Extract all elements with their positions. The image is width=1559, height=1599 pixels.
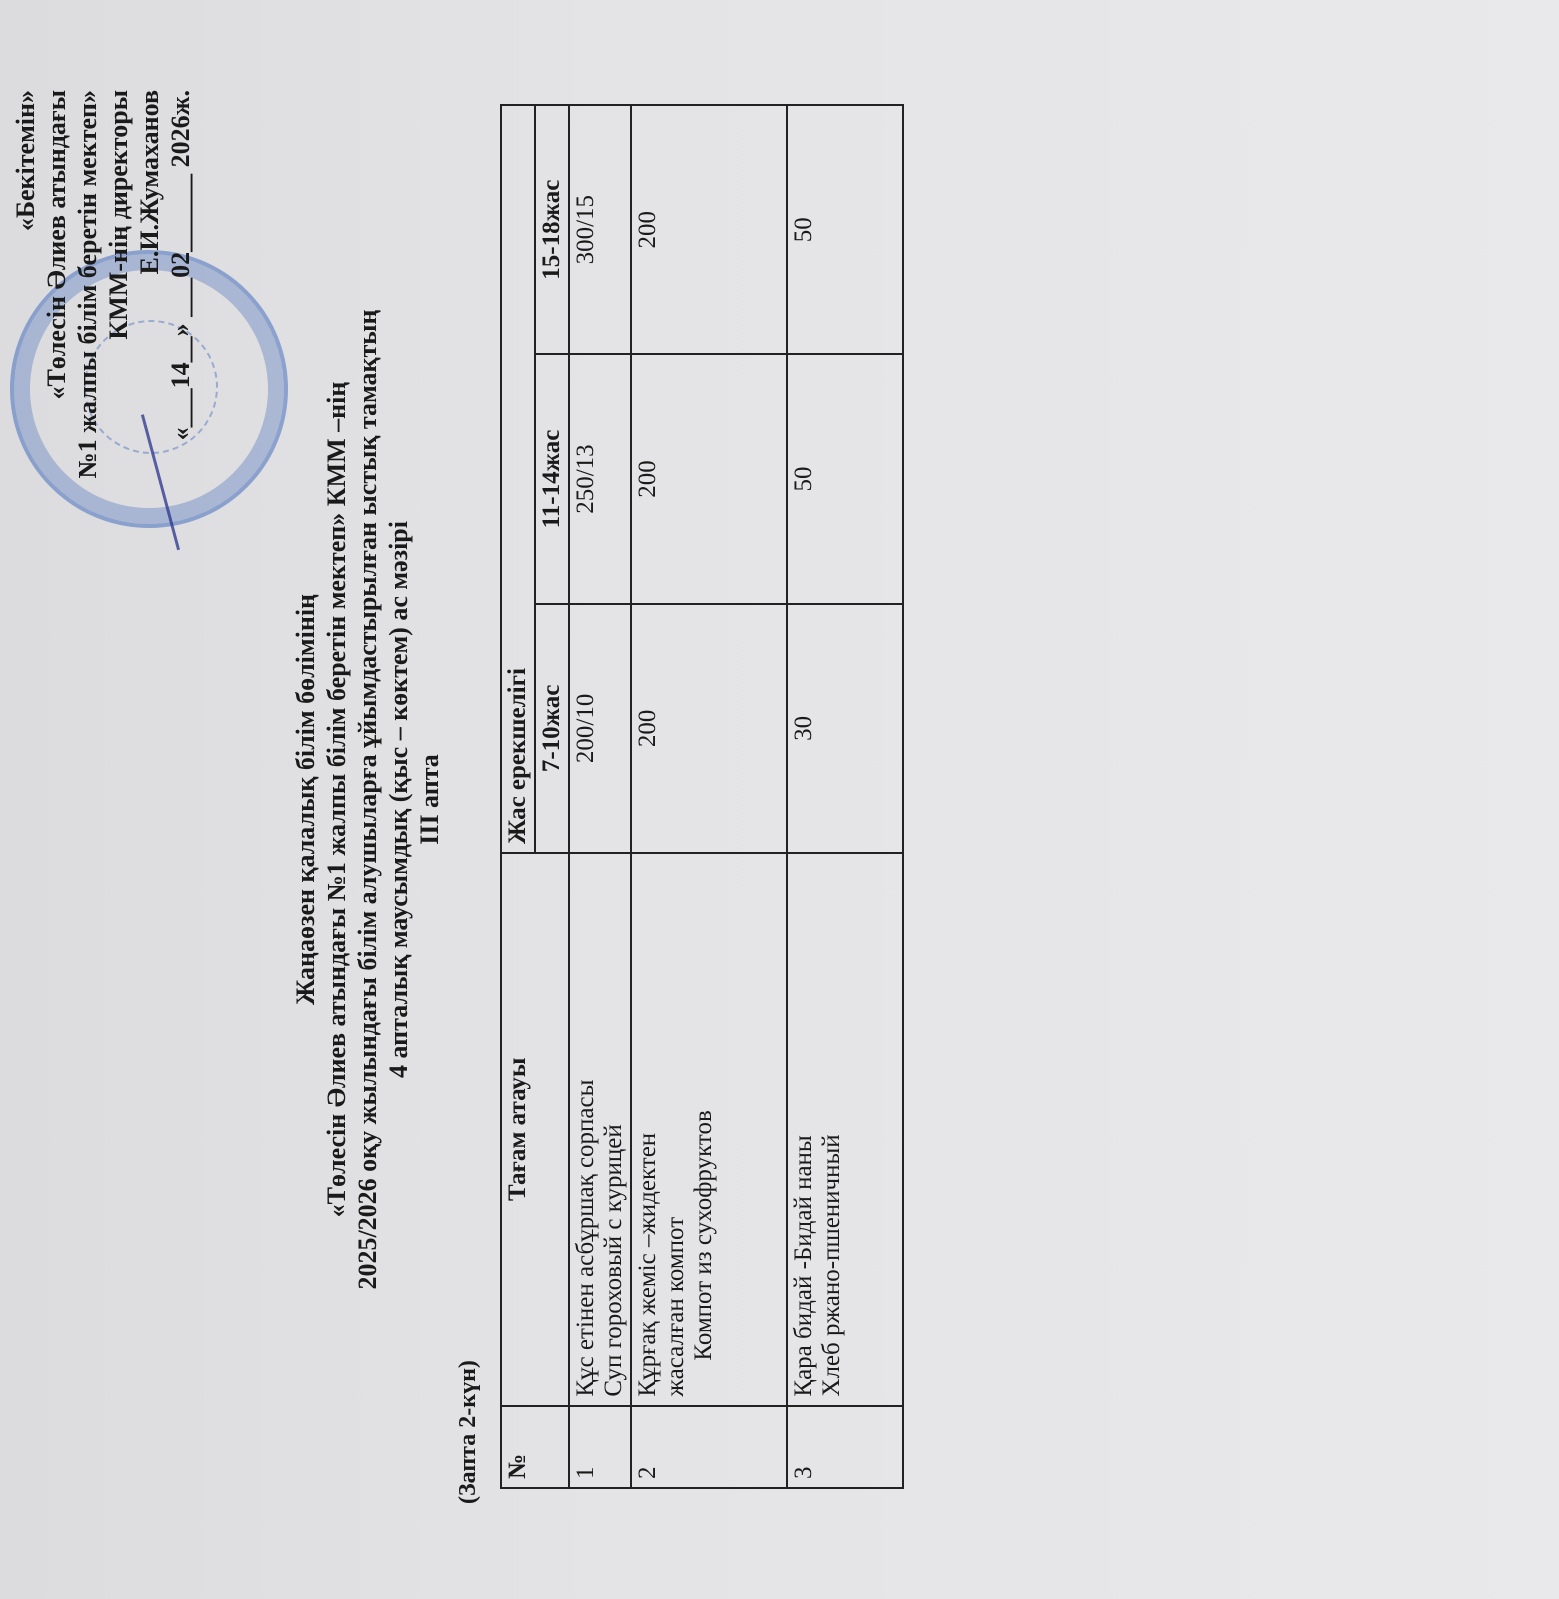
- header-number: №: [501, 1406, 569, 1488]
- menu-table: № Тағам атауы Жас ерекшелігі 7-10жас 11-…: [500, 104, 904, 1489]
- header-dish-name: Тағам атауы: [501, 853, 569, 1406]
- row-number: 2: [631, 1406, 787, 1488]
- document-title: Жаңаөзен қалалық білім бөлімінің «Төлесі…: [290, 0, 445, 1599]
- dish-name-ru: Суп гороховый с курицей: [600, 862, 628, 1397]
- approval-school-line: «Төлесін Әлиев атындағы: [41, 90, 72, 710]
- dish-name-kz: Қара бидай -Бидай наны: [790, 862, 818, 1397]
- portion-7-10: 200/10: [569, 604, 631, 853]
- title-line-3: 2025/2026 оқу жылындағы білім алушыларға…: [352, 0, 383, 1599]
- title-line-4: 4 апталық маусымдық (қыс – көктем) ас мә…: [383, 0, 414, 1599]
- approval-heading: «Бекітемін»: [10, 90, 41, 710]
- portion-7-10: 30: [787, 604, 903, 853]
- approval-position: КММ-нің директоры: [103, 90, 134, 710]
- approval-date: «___14__» ___02______ 2026ж.: [165, 90, 196, 710]
- portion-15-18: 200: [631, 105, 787, 354]
- title-week: ІІІ апта: [414, 0, 445, 1599]
- dish-name-ru: Хлеб ржано-пшеничный: [818, 862, 846, 1397]
- table-header-row: № Тағам атауы Жас ерекшелігі: [501, 105, 535, 1488]
- title-line-2: «Төлесін Әлиев атындағы №1 жалпы білім б…: [321, 0, 352, 1599]
- dish-name: Құрғақ жеміс –жидектен жасалған компот К…: [631, 853, 787, 1406]
- document-page: «Бекітемін» «Төлесін Әлиев атындағы №1 ж…: [0, 0, 1559, 1599]
- portion-15-18: 300/15: [569, 105, 631, 354]
- portion-11-14: 200: [631, 354, 787, 603]
- dish-name: Құс етінен асбұршақ сорпасы Суп гороховы…: [569, 853, 631, 1406]
- portion-7-10: 200: [631, 604, 787, 853]
- portion-11-14: 50: [787, 354, 903, 603]
- table-row: 1 Құс етінен асбұршақ сорпасы Суп горохо…: [569, 105, 631, 1488]
- approval-block: «Бекітемін» «Төлесін Әлиев атындағы №1 ж…: [10, 90, 196, 710]
- dish-name: Қара бидай -Бидай наны Хлеб ржано-пшенич…: [787, 853, 903, 1406]
- dish-name-kz: Құрғақ жеміс –жидектен: [634, 862, 662, 1397]
- header-age-group: Жас ерекшелігі: [501, 105, 535, 853]
- header-age-11-14: 11-14жас: [535, 354, 569, 603]
- approval-director-name: Е.И.Жумаханов: [134, 90, 165, 710]
- row-number: 1: [569, 1406, 631, 1488]
- approval-school-line-2: №1 жалпы білім беретін мектеп»: [72, 90, 103, 710]
- dish-name-ru: Компот из сухофруктов: [690, 862, 718, 1397]
- table-row: 3 Қара бидай -Бидай наны Хлеб ржано-пшен…: [787, 105, 903, 1488]
- table-row: 2 Құрғақ жеміс –жидектен жасалған компот…: [631, 105, 787, 1488]
- row-number: 3: [787, 1406, 903, 1488]
- title-line-1: Жаңаөзен қалалық білім бөлімінің: [290, 0, 321, 1599]
- header-age-15-18: 15-18жас: [535, 105, 569, 354]
- portion-11-14: 250/13: [569, 354, 631, 603]
- dish-name-kz: Құс етінен асбұршақ сорпасы: [572, 862, 600, 1397]
- header-age-7-10: 7-10жас: [535, 604, 569, 853]
- portion-15-18: 50: [787, 105, 903, 354]
- day-label: (Запта 2-күн): [455, 1360, 482, 1504]
- dish-name-kz-2: жасалған компот: [662, 862, 690, 1397]
